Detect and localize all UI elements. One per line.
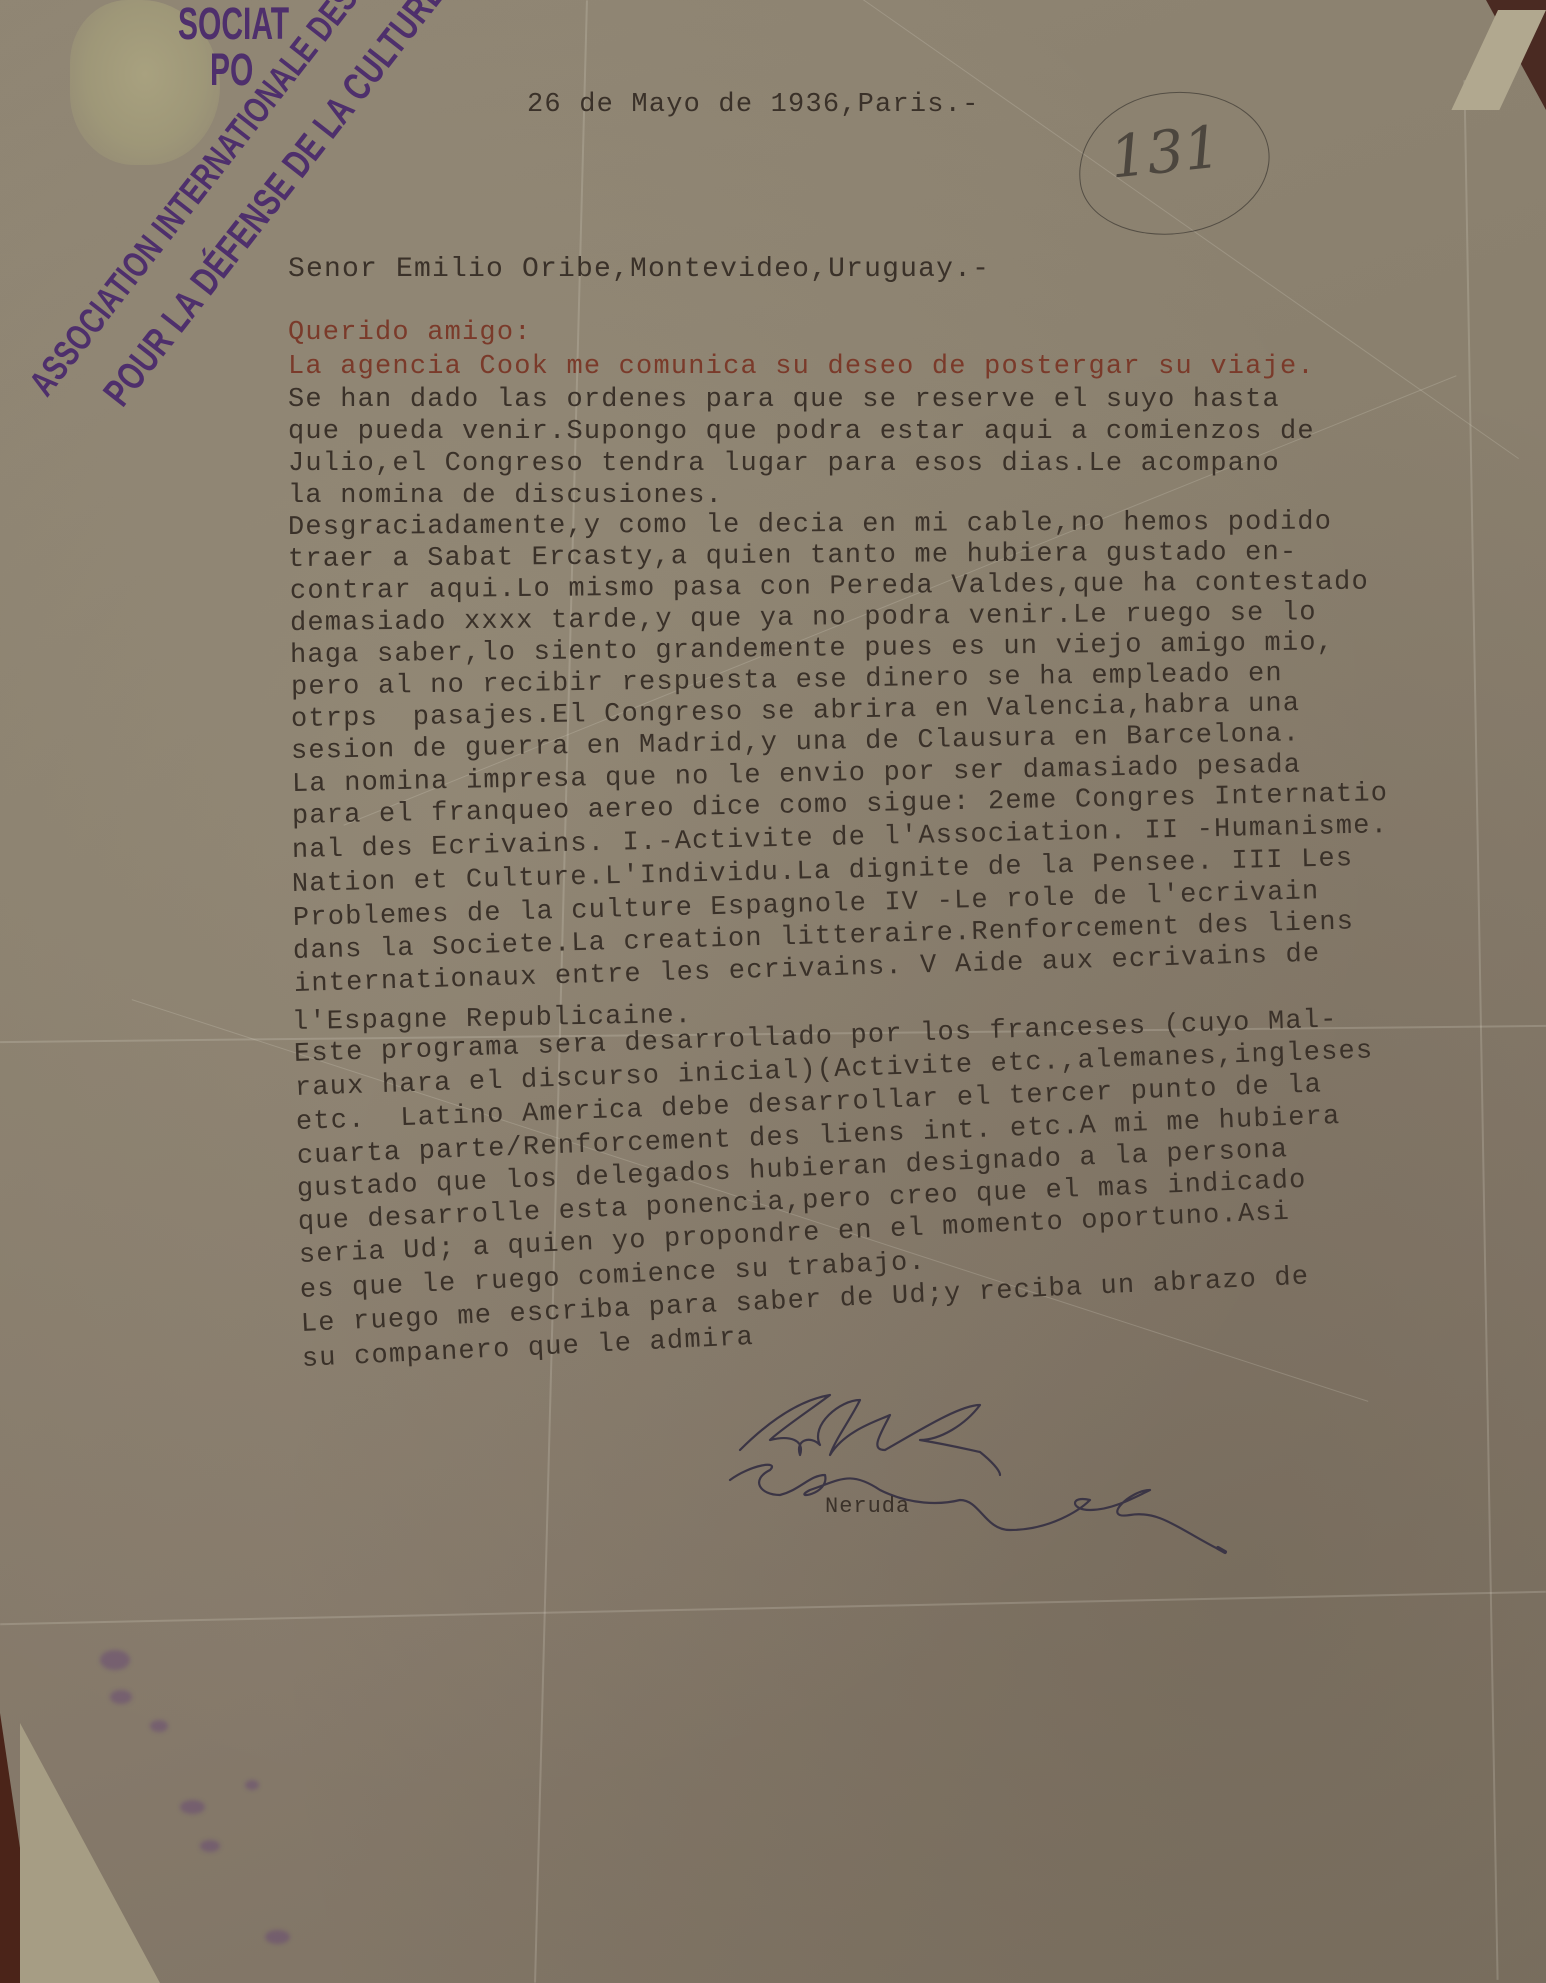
- salutation: Querido amigo:: [288, 318, 532, 348]
- body-line: Desgraciadamente,y como le decia en mi c…: [288, 508, 1332, 543]
- paper-crease: [1463, 80, 1498, 1980]
- body-line: que pueda venir.Supongo que podra estar …: [288, 417, 1315, 447]
- letter-paper: SOCIAT PO ASSOCIATION INTERNATIONALE DES…: [0, 0, 1546, 1983]
- paper-crease: [0, 1591, 1546, 1625]
- body-line: Se han dado las ordenes para que se rese…: [288, 385, 1280, 415]
- folded-corner-bottom-left: [20, 1723, 160, 1983]
- archive-number: 131: [1107, 112, 1224, 191]
- date-line: 26 de Mayo de 1936,Paris.-: [527, 90, 979, 120]
- recipient-line: Senor Emilio Oribe,Montevideo,Uruguay.-: [288, 254, 990, 285]
- body-line: Julio,el Congreso tendra lugar para esos…: [288, 449, 1280, 479]
- handwritten-signature: [710, 1380, 1310, 1560]
- body-line: la nomina de discusiones.: [288, 481, 723, 511]
- body-line: La agencia Cook me comunica su deseo de …: [288, 352, 1315, 382]
- partial-stamp-text: SOCIAT: [178, 0, 289, 51]
- typed-signature: Neruda: [825, 1494, 910, 1519]
